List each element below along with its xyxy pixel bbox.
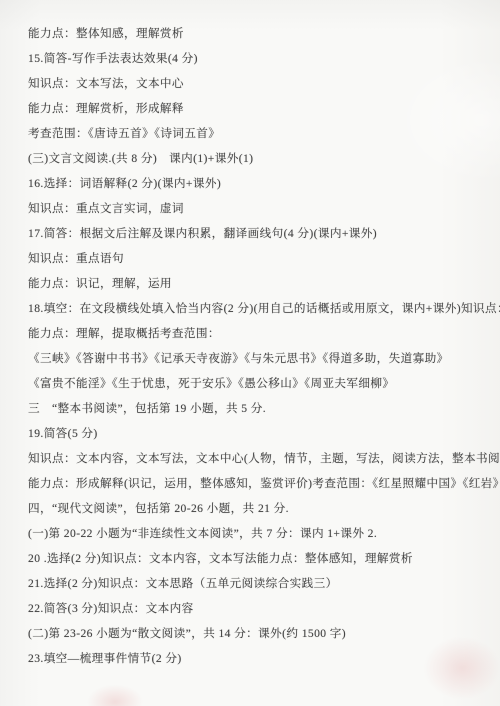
- scanned-document-page: 能力点：整体知感，理解赏析 15.简答-写作手法表达效果(4 分) 知识点：文本…: [0, 0, 500, 706]
- document-line: 19.简答(5 分): [28, 421, 476, 446]
- document-line: 考查范围：《唐诗五首》《诗词五首》: [28, 121, 476, 146]
- document-line: 18.填空：在文段横线处填入恰当内容(2 分)(用自己的话概括或用原文，课内+课…: [28, 296, 476, 321]
- document-line: 21.选择(2 分)知识点：文本思路（五单元阅读综合实践三）: [28, 571, 476, 596]
- document-line: 能力点：整体知感，理解赏析: [28, 21, 476, 46]
- document-line: 22.简答(3 分)知识点：文本内容: [28, 596, 476, 621]
- document-line: 能力点：理解赏析，形成解释: [28, 96, 476, 121]
- document-line: 知识点：文本内容，文本写法，文本中心(人物，情节，主题，写法，阅读方法，整本书阅…: [28, 446, 476, 471]
- document-line: 知识点：重点文言实词，虚词: [28, 196, 476, 221]
- document-line: (三)文言文阅读.(共 8 分) 课内(1)+课外(1): [28, 146, 476, 171]
- document-text-block: 能力点：整体知感，理解赏析 15.简答-写作手法表达效果(4 分) 知识点：文本…: [0, 0, 500, 671]
- document-line: 四，“现代文阅读”，包括第 20-26 小题，共 21 分.: [28, 496, 476, 521]
- document-line: 知识点：重点语句: [28, 246, 476, 271]
- document-line: 能力点：理解，提取概括考查范围：: [28, 321, 476, 346]
- document-line: 三 “整本书阅读”，包括第 19 小题，共 5 分.: [28, 396, 476, 421]
- document-line: 16.选择：词语解释(2 分)(课内+课外): [28, 171, 476, 196]
- document-line: 能力点：识记，理解，运用: [28, 271, 476, 296]
- document-line: 23.填空—梳理事件情节(2 分): [28, 646, 476, 671]
- document-line: 20 .选择(2 分)知识点：文本内容，文本写法能力点：整体感知，理解赏析: [28, 546, 476, 571]
- document-line: 能力点：形成解释(识记，运用，整体感知，鉴赏评价)考查范围：《红星照耀中国》《红…: [28, 471, 476, 496]
- document-line: (二)第 23-26 小题为“散文阅读”，共 14 分：课外(约 1500 字): [28, 621, 476, 646]
- document-line: (一)第 20-22 小题为“非连续性文本阅读”，共 7 分：课内 1+课外 2…: [28, 521, 476, 546]
- document-line: 15.简答-写作手法表达效果(4 分): [28, 46, 476, 71]
- document-line: 《富贵不能淫》《生于忧患，死于安乐》《愚公移山》《周亚夫军细柳》: [28, 371, 476, 396]
- document-line: 知识点：文本写法，文本中心: [28, 71, 476, 96]
- document-line: 17.简答：根据文后注解及课内积累，翻译画线句(4 分)(课内+课外): [28, 221, 476, 246]
- document-line: 《三峡》《答谢中书书》《记承天寺夜游》《与朱元思书》《得道多助，失道寡助》: [28, 346, 476, 371]
